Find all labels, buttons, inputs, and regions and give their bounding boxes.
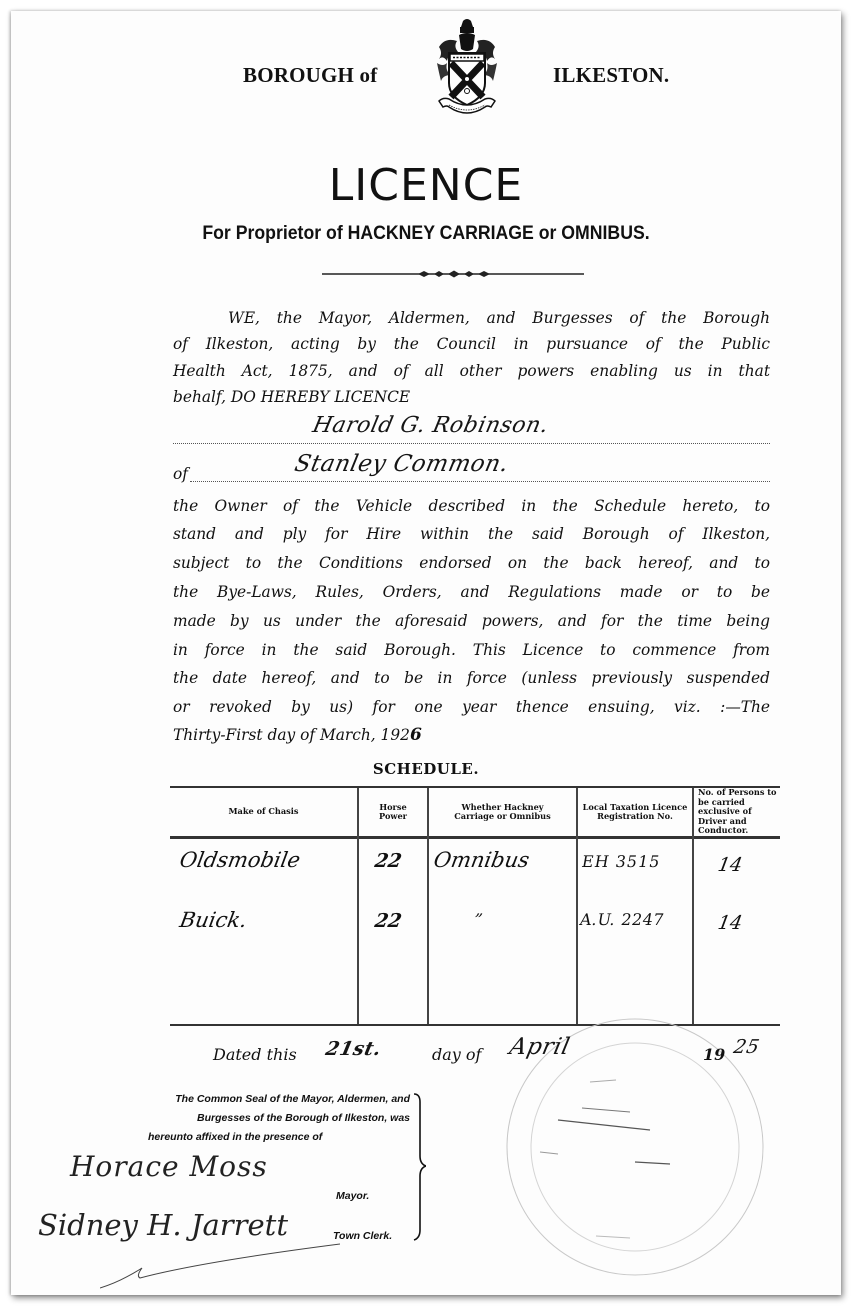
row-2-vehicle-type-ditto: ” [472, 910, 484, 929]
row-2-horse-power: 22 [373, 910, 403, 932]
schedule-table: Make of Chasis Horse Power Whether Hackn… [170, 786, 780, 1026]
column-header-registration: Local Taxation Licence Registration No. [578, 788, 692, 836]
column-header-horse-power: Horse Power [359, 788, 427, 836]
column-header-persons: No. of Persons to be carried exclusive o… [694, 788, 780, 836]
row-1-horse-power: 22 [373, 850, 403, 872]
expiry-handwritten-digit: 6 [410, 725, 422, 745]
row-2-persons: 14 [716, 912, 744, 934]
seal-line-2: Burgesses of the Borough of Ilkeston, wa… [100, 1109, 410, 1128]
dated-day-field: 21st. [324, 1038, 384, 1060]
dated-year-prefix: 19 [703, 1045, 725, 1064]
licensee-address-field: Stanley Common. [292, 451, 511, 477]
column-header-make: Make of Chasis [170, 788, 357, 836]
seal-line-1: The Common Seal of the Mayor, Aldermen, … [100, 1090, 410, 1109]
terms-line-6: in force in the said Borough. This Licen… [173, 637, 770, 663]
dated-day-of-label: day of [432, 1045, 481, 1064]
row-1-vehicle-type: Omnibus [432, 848, 531, 872]
terms-line-5: made by us under the aforesaid powers, a… [173, 608, 770, 634]
row-1-registration: EH 3515 [580, 852, 662, 871]
schedule-title: SCHEDULE. [0, 760, 852, 778]
licensee-address-line [190, 481, 770, 482]
terms-line-7: the date hereof, and to be in force (unl… [173, 665, 770, 691]
of-label: of [173, 461, 188, 487]
row-1-persons: 14 [716, 854, 744, 876]
dated-month-field: April [507, 1034, 572, 1060]
dated-prefix: Dated this [213, 1045, 297, 1064]
row-2-make: Buick. [178, 908, 249, 932]
page-title: LICENCE [0, 160, 852, 212]
expiry-printed: Thirty-First day of March, 192 [173, 726, 410, 744]
preamble-line-2: of Ilkeston, acting by the Council in pu… [173, 331, 770, 357]
town-clerk-label: Town Clerk. [333, 1230, 392, 1242]
column-header-vehicle-type: Whether Hackney Carriage or Omnibus [429, 788, 576, 836]
licensee-name-line [173, 443, 770, 444]
mayor-label: Mayor. [336, 1190, 369, 1202]
signature-flourish [100, 1240, 340, 1290]
expiry-line: Thirty-First day of March, 1926 [173, 722, 422, 748]
ornamental-divider [322, 266, 584, 276]
header-borough-of: BOROUGH of [243, 63, 377, 88]
mayor-signature: Horace Moss [70, 1150, 268, 1183]
dated-year-suffix-field: 25 [732, 1036, 762, 1058]
page-subtitle: For Proprietor of HACKNEY CARRIAGE or OM… [30, 223, 822, 245]
borough-coat-of-arms-icon [433, 17, 501, 119]
terms-line-2: stand and ply for Hire within the said B… [173, 521, 770, 547]
row-1-make: Oldsmobile [178, 848, 302, 872]
terms-line-1: the Owner of the Vehicle described in th… [173, 493, 770, 519]
table-header-rule [170, 836, 780, 839]
preamble-line-4: behalf, DO HEREBY LICENCE [173, 384, 770, 410]
town-clerk-signature: Sidney H. Jarrett [38, 1208, 288, 1242]
terms-line-3: subject to the Conditions endorsed on th… [173, 550, 770, 576]
preamble-line-1: WE, the Mayor, Aldermen, and Burgesses o… [228, 305, 770, 331]
bracket-brace-icon [412, 1092, 426, 1242]
row-2-registration: A.U. 2247 [578, 910, 665, 929]
terms-line-8: or revoked by us) for one year thence en… [173, 694, 770, 720]
header-town-name: ILKESTON. [553, 63, 669, 88]
terms-line-4: the Bye-Laws, Rules, Orders, and Regulat… [173, 579, 770, 605]
seal-line-3: hereunto affixed in the presence of [148, 1128, 322, 1147]
preamble-line-3: Health Act, 1875, and of all other power… [173, 358, 770, 384]
licensee-name-field: Harold G. Robinson. [310, 413, 551, 438]
